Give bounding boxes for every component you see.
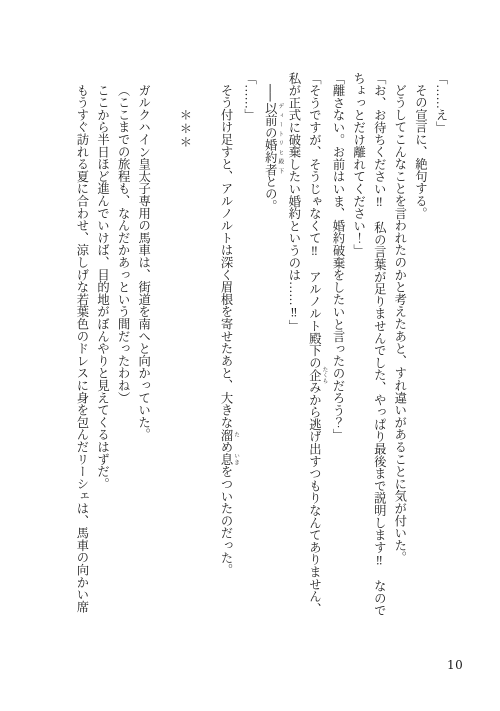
furigana-annotated-text: 息いき [219, 453, 233, 465]
text-line: （ここまでの旅程も、なんだかあっという間だったわね） [113, 72, 134, 634]
text-line: どうしてこんなことを言われたのかと考えたあと、すれ違いがあることに気が付いた。 [389, 72, 410, 634]
text-line: ここから半日ほど進んでいけば、目的地がぼんやりと見えてくるはずだ。 [92, 72, 113, 634]
furigana-annotated-text: 以前の婚約者ディートリヒ殿下 [263, 102, 277, 176]
text-line: ちょっとだけ離れてください！」 [348, 72, 369, 634]
text-line: 「離さない。お前はいま、婚約破棄をしたいと言ったのだろう？」 [327, 72, 348, 634]
section-separator: ＊＊＊ [174, 72, 195, 634]
novel-page: 「……え」その宣言に、絶句する。どうしてこんなことを言われたのかと考えたあと、す… [0, 0, 500, 711]
furigana-annotated-text: 企たくら [307, 369, 321, 381]
text-line: その宣言に、絶句する。 [410, 72, 431, 634]
text-line: 「そうですが、そうじゃなくて‼ アルノルト殿下の企たくらみから逃げ出すつもりなん… [304, 72, 328, 634]
furigana-annotated-text: 溜た [219, 429, 233, 441]
text-line: 「……」 [239, 72, 260, 634]
text-line: そう付け足すと、アルノルトは深く眉根を寄せたあと、大きな溜ため息いきをついたのだ… [215, 72, 239, 634]
text-line: 「お、お待ちください‼ 私の言葉が足りませんでした、やっぱり最後まで説明します‼… [369, 72, 390, 634]
page-number: 10 [447, 658, 463, 672]
text-line: もうすぐ訪れる夏に合わせ、涼しげな若葉色のドレスに身を包んだリーシェは、馬車の向… [71, 72, 92, 634]
text-line: 「……え」 [430, 72, 451, 634]
text-line: ガルクハイン皇太子専用の馬車は、街道を南へと向かっていた。 [133, 72, 154, 634]
text-line: ──以前の婚約者ディートリヒ殿下との。 [260, 72, 284, 634]
text-line: 私が正式に破棄したい婚約というのは……‼」 [283, 72, 304, 634]
vertical-text-block: 「……え」その宣言に、絶句する。どうしてこんなことを言われたのかと考えたあと、す… [71, 72, 451, 634]
book-page-background: { "page": { "number": "10", "text_color"… [0, 0, 500, 711]
